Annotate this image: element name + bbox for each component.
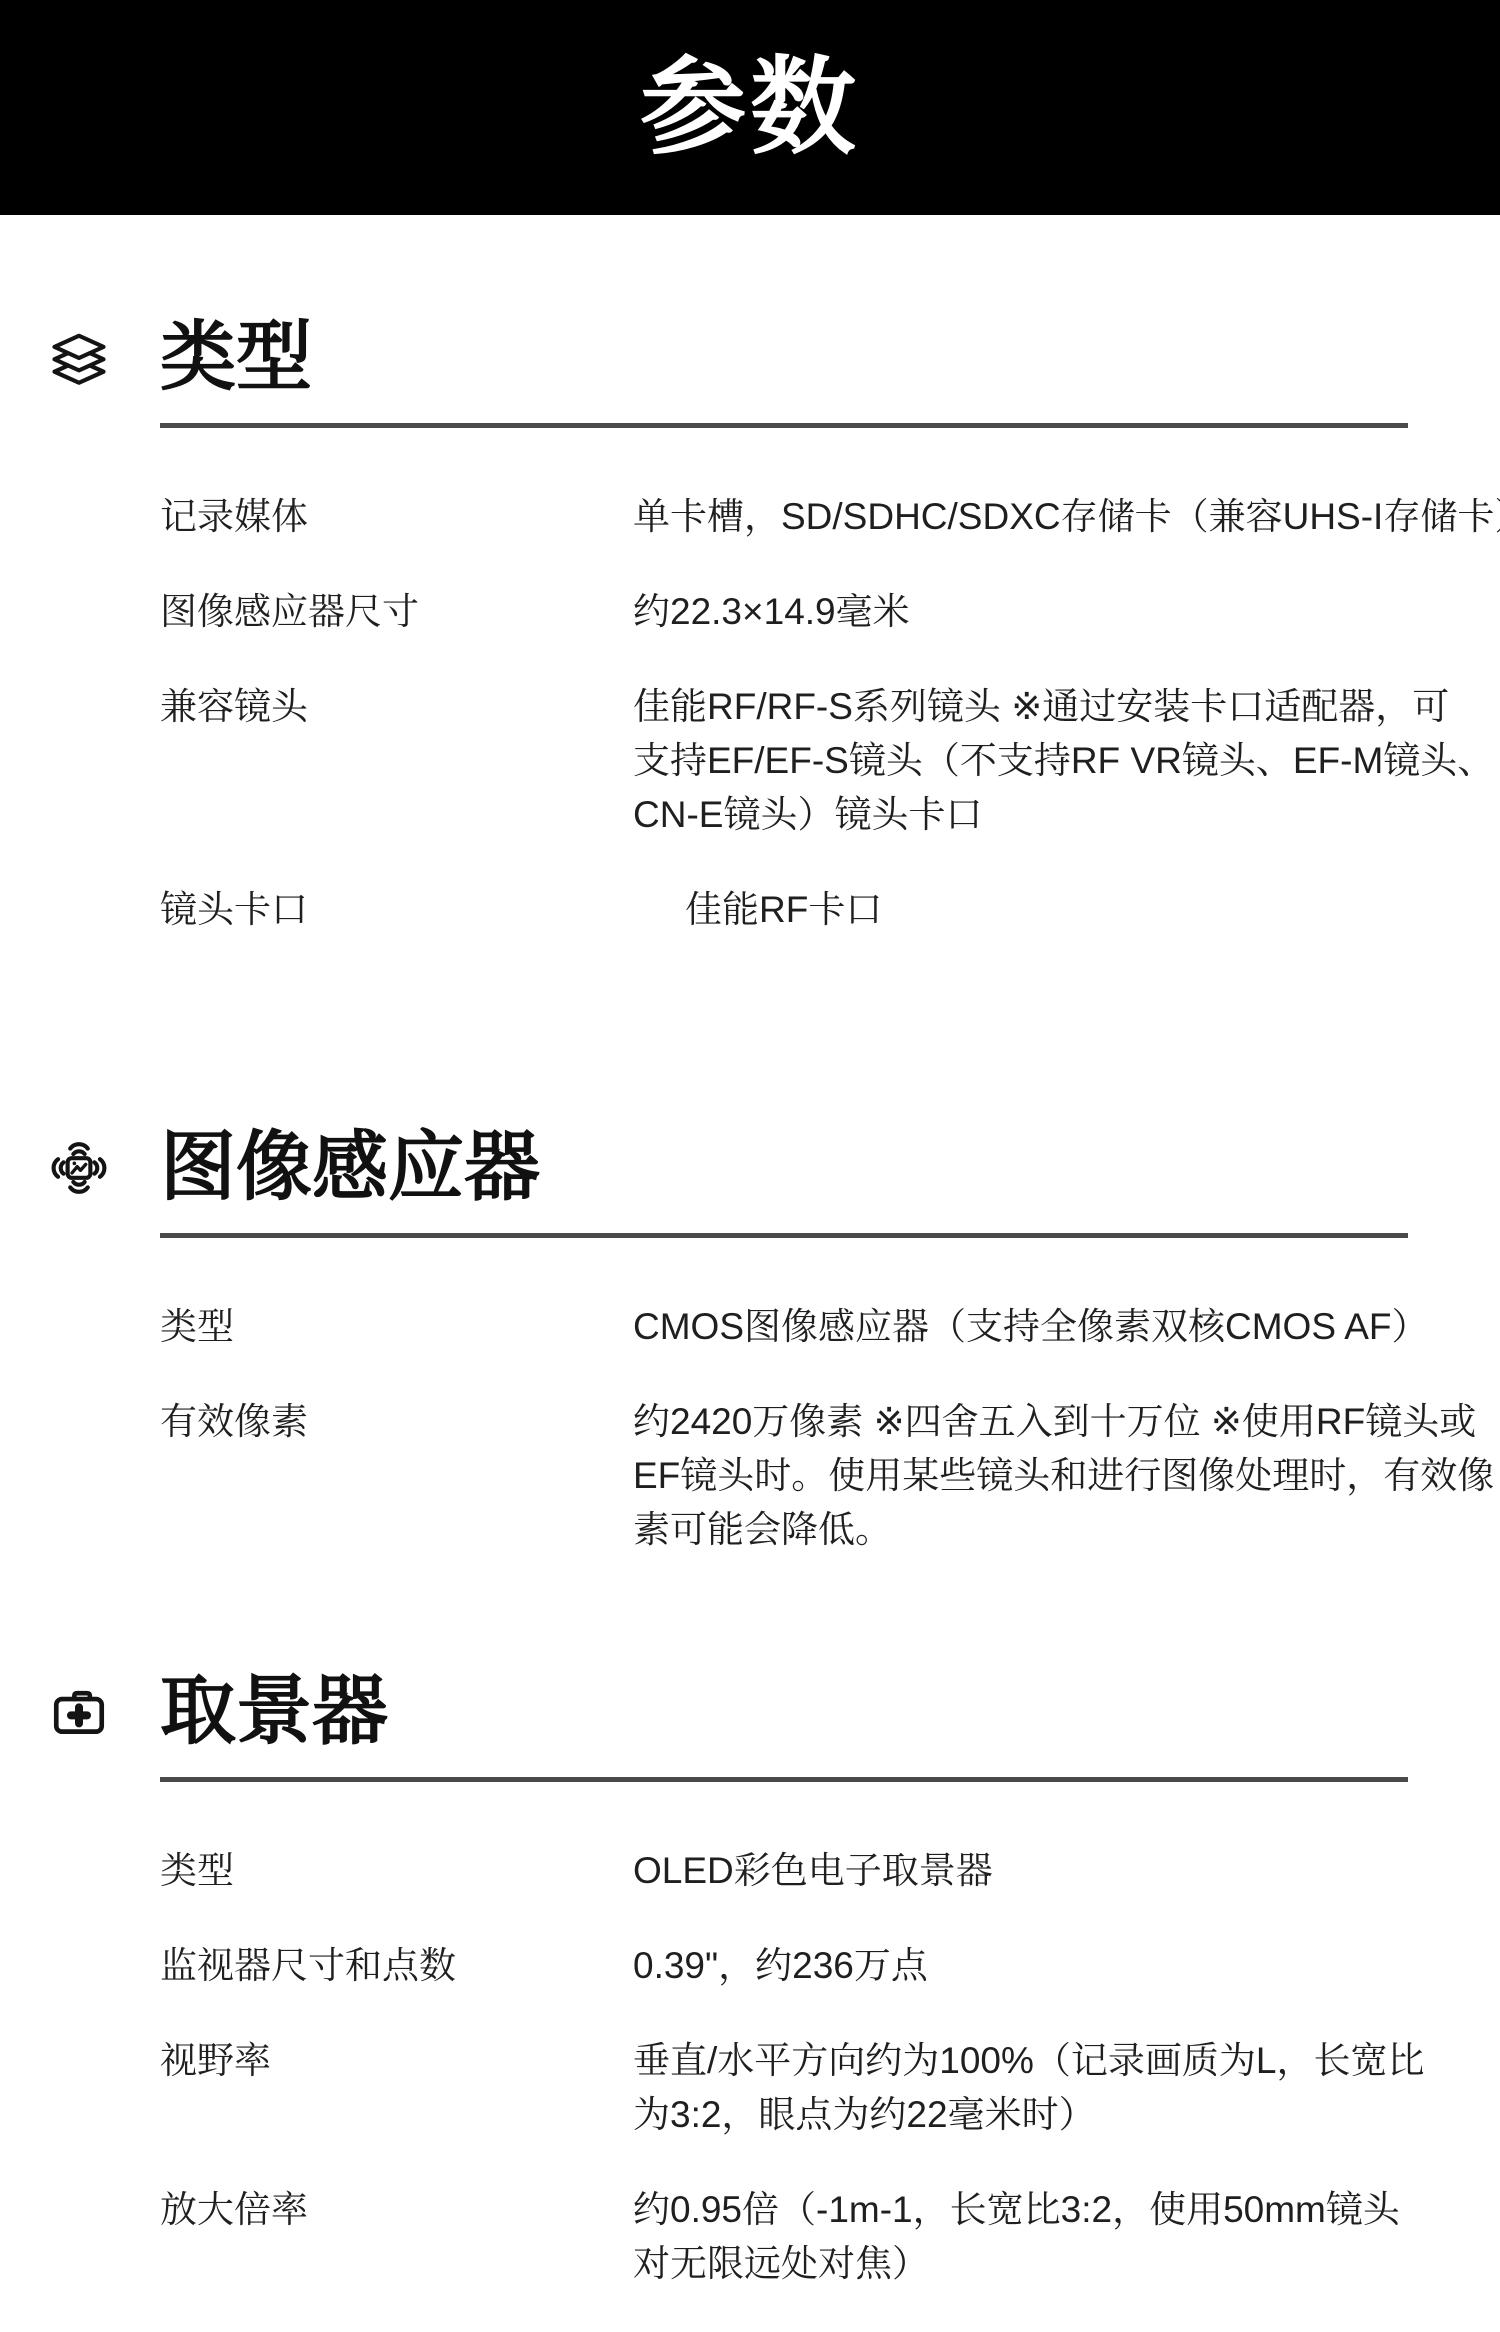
spec-table: 记录媒体 单卡槽，SD/SDHC/SDXC存储卡（兼容UHS-I存储卡） 图像感… [160, 490, 1463, 937]
section-divider [160, 1233, 1408, 1238]
spec-row: 记录媒体 单卡槽，SD/SDHC/SDXC存储卡（兼容UHS-I存储卡） [160, 490, 1463, 544]
page-banner: 参数 [0, 0, 1500, 215]
spec-label: 镜头卡口 [160, 883, 633, 937]
image-sensor-icon [48, 1137, 110, 1199]
section-divider [160, 1777, 1408, 1782]
spec-label: 视野率 [160, 2034, 633, 2088]
spec-row: 视野率 垂直/水平方向约为100%（记录画质为L，长宽比 为3:2，眼点为约22… [160, 2034, 1463, 2142]
camera-plus-icon [48, 1681, 110, 1743]
spec-row: 监视器尺寸和点数 0.39"，约236万点 [160, 1939, 1463, 1993]
spec-value: 约22.3×14.9毫米 [633, 585, 910, 639]
page-content: 类型 记录媒体 单卡槽，SD/SDHC/SDXC存储卡（兼容UHS-I存储卡） … [0, 317, 1500, 2291]
spec-value: CMOS图像感应器（支持全像素双核CMOS AF） [633, 1300, 1429, 1354]
spec-value: 单卡槽，SD/SDHC/SDXC存储卡（兼容UHS-I存储卡） [633, 490, 1500, 544]
section-image-sensor-header: 图像感应器 [160, 1127, 1463, 1209]
section-type-header: 类型 [160, 317, 1463, 399]
spec-table: 类型 OLED彩色电子取景器 监视器尺寸和点数 0.39"，约236万点 视野率… [160, 1844, 1463, 2291]
section-image-sensor: 图像感应器 类型 CMOS图像感应器（支持全像素双核CMOS AF） 有效像素 … [160, 1127, 1463, 1557]
spec-row: 类型 OLED彩色电子取景器 [160, 1844, 1463, 1898]
spec-label: 类型 [160, 1300, 633, 1354]
spec-page: 参数 类型 记录媒体 单卡槽，SD/SDHC/SDXC存储卡（兼容UHS-I [0, 0, 1500, 2332]
spec-label: 兼容镜头 [160, 680, 633, 734]
spec-value: 约0.95倍（-1m-1，长宽比3:2，使用50mm镜头 对无限远处对焦） [633, 2183, 1400, 2291]
spec-label: 类型 [160, 1844, 633, 1898]
spec-row: 放大倍率 约0.95倍（-1m-1，长宽比3:2，使用50mm镜头 对无限远处对… [160, 2183, 1463, 2291]
spec-row: 有效像素 约2420万像素 ※四舍五入到十万位 ※使用RF镜头或 EF镜头时。使… [160, 1395, 1463, 1557]
section-viewfinder-title: 取景器 [160, 1671, 1463, 1753]
spec-table: 类型 CMOS图像感应器（支持全像素双核CMOS AF） 有效像素 约2420万… [160, 1300, 1463, 1557]
spec-value: 约2420万像素 ※四舍五入到十万位 ※使用RF镜头或 EF镜头时。使用某些镜头… [633, 1395, 1494, 1557]
spec-value: 佳能RF卡口 [633, 883, 882, 937]
section-divider [160, 423, 1408, 428]
spec-row: 图像感应器尺寸 约22.3×14.9毫米 [160, 585, 1463, 639]
spec-label: 有效像素 [160, 1395, 633, 1449]
spec-row: 类型 CMOS图像感应器（支持全像素双核CMOS AF） [160, 1300, 1463, 1354]
section-type: 类型 记录媒体 单卡槽，SD/SDHC/SDXC存储卡（兼容UHS-I存储卡） … [160, 317, 1463, 937]
section-image-sensor-title: 图像感应器 [160, 1127, 1463, 1209]
spec-label: 监视器尺寸和点数 [160, 1939, 633, 1993]
section-type-title: 类型 [160, 317, 1463, 399]
section-viewfinder: 取景器 类型 OLED彩色电子取景器 监视器尺寸和点数 0.39"，约236万点… [160, 1671, 1463, 2291]
spec-row: 镜头卡口 佳能RF卡口 [160, 883, 1463, 937]
section-viewfinder-header: 取景器 [160, 1671, 1463, 1753]
spec-value: 佳能RF/RF-S系列镜头 ※通过安装卡口适配器，可 支持EF/EF-S镜头（不… [633, 680, 1494, 842]
spec-label: 记录媒体 [160, 490, 633, 544]
layers-icon [48, 327, 110, 389]
spec-row: 兼容镜头 佳能RF/RF-S系列镜头 ※通过安装卡口适配器，可 支持EF/EF-… [160, 680, 1463, 842]
spec-label: 放大倍率 [160, 2183, 633, 2237]
spec-value: 0.39"，约236万点 [633, 1939, 928, 1993]
spec-value: OLED彩色电子取景器 [633, 1844, 993, 1898]
page-title: 参数 [640, 55, 860, 161]
spec-label: 图像感应器尺寸 [160, 585, 633, 639]
spec-value: 垂直/水平方向约为100%（记录画质为L，长宽比 为3:2，眼点为约22毫米时） [633, 2034, 1425, 2142]
